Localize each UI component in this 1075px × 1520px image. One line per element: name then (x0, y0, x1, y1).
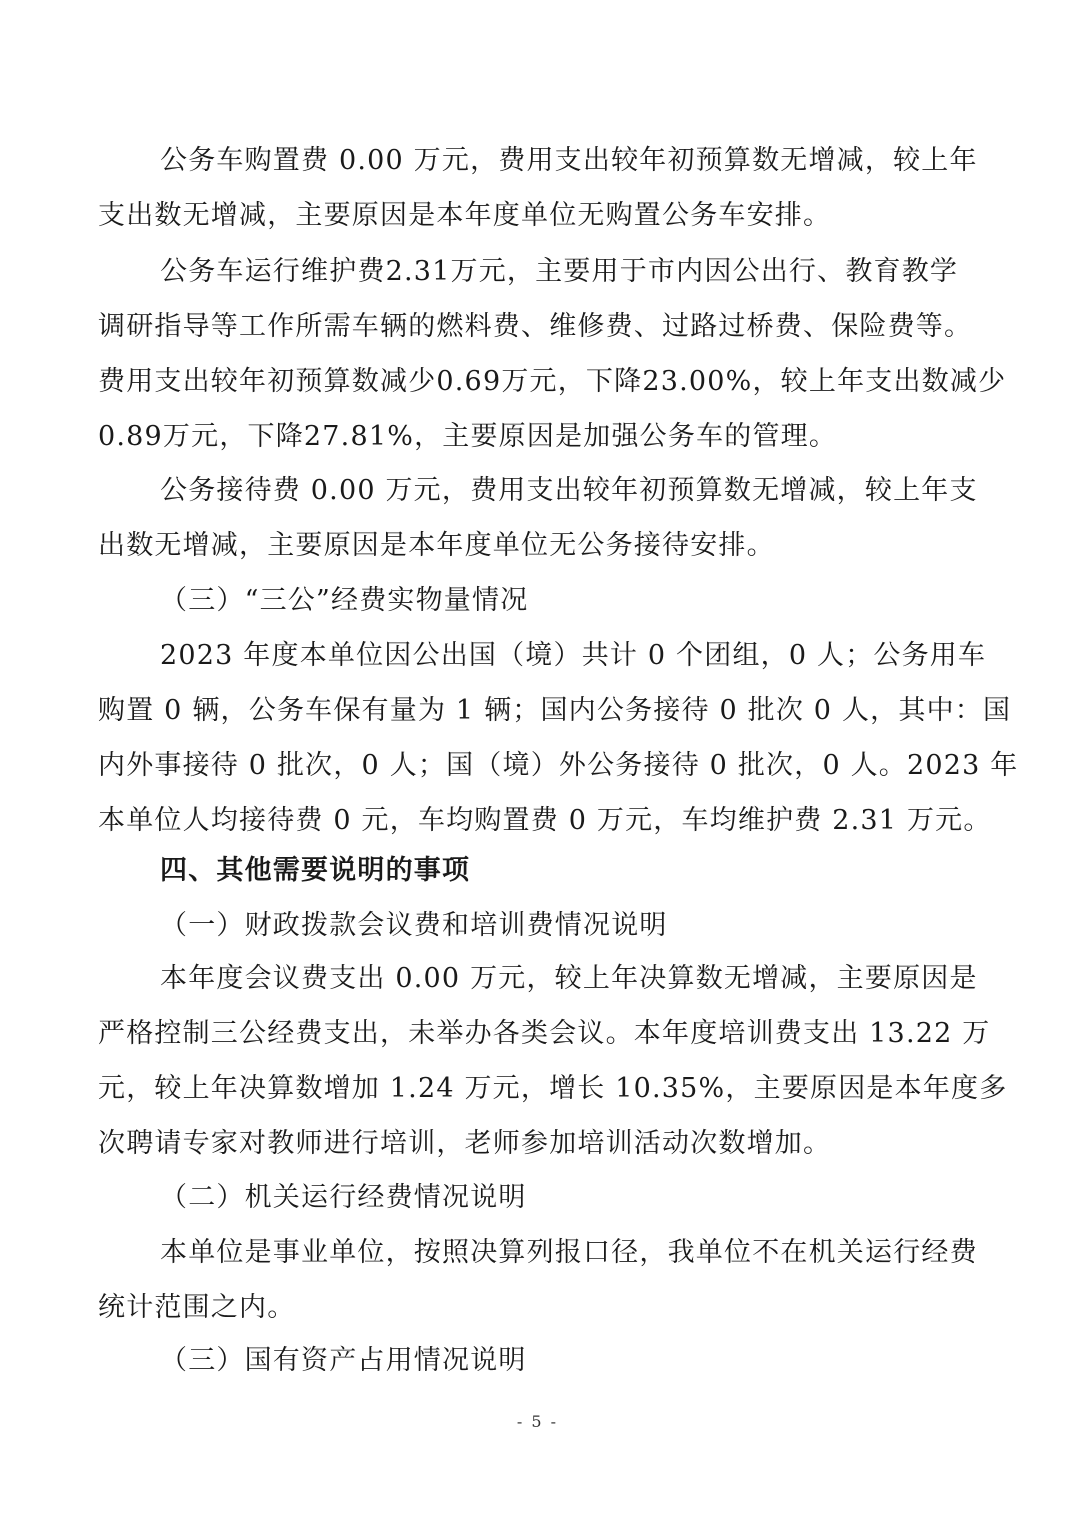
section-heading-meeting-training: （一）财政拨款会议费和培训费情况说明 (160, 910, 1040, 942)
paragraph-vehicle-maintenance-line-3: 费用支出较年初预算数减少0.69万元，下降23.00%，较上年支出数减少 (98, 366, 978, 398)
paragraph-official-reception-line-2: 出数无增减，主要原因是本年度单位无公务接待安排。 (98, 530, 978, 562)
paragraph-physical-quantity-line-3: 内外事接待 0 批次，0 人；国（境）外公务接待 0 批次，0 人。2023 年 (98, 750, 978, 782)
paragraph-meeting-training-line-1: 本年度会议费支出 0.00 万元，较上年决算数无增减，主要原因是 (160, 963, 978, 995)
paragraph-official-reception-line-1: 公务接待费 0.00 万元，费用支出较年初预算数无增减，较上年支 (160, 475, 978, 507)
paragraph-operating-expenses-line-1: 本单位是事业单位，按照决算列报口径，我单位不在机关运行经费 (160, 1237, 978, 1269)
paragraph-operating-expenses-line-2: 统计范围之内。 (98, 1292, 978, 1324)
paragraph-physical-quantity-line-1: 2023 年度本单位因公出国（境）共计 0 个团组，0 人；公务用车 (160, 640, 978, 672)
page-number: - 5 - (0, 1412, 1075, 1431)
section-heading-state-assets: （三）国有资产占用情况说明 (160, 1345, 1040, 1377)
paragraph-vehicle-purchase-line-2: 支出数无增减，主要原因是本年度单位无购置公务车安排。 (98, 200, 978, 232)
paragraph-vehicle-maintenance-line-1: 公务车运行维护费2.31万元，主要用于市内因公出行、教育教学 (160, 256, 978, 288)
section-heading-operating-expenses: （二）机关运行经费情况说明 (160, 1182, 1040, 1214)
section-heading-other-matters: 四、其他需要说明的事项 (160, 855, 1040, 887)
paragraph-meeting-training-line-3: 元，较上年决算数增加 1.24 万元，增长 10.35%，主要原因是本年度多 (98, 1073, 978, 1105)
document-page: 公务车购置费 0.00 万元，费用支出较年初预算数无增减，较上年 支出数无增减，… (0, 0, 1075, 1520)
paragraph-physical-quantity-line-4: 本单位人均接待费 0 元，车均购置费 0 万元，车均维护费 2.31 万元。 (98, 805, 978, 837)
paragraph-vehicle-maintenance-line-2: 调研指导等工作所需车辆的燃料费、维修费、过路过桥费、保险费等。 (98, 311, 978, 343)
section-heading-three-public-expenses: （三）“三公”经费实物量情况 (160, 585, 1040, 617)
paragraph-physical-quantity-line-2: 购置 0 辆，公务车保有量为 1 辆；国内公务接待 0 批次 0 人，其中：国 (98, 695, 978, 727)
paragraph-vehicle-maintenance-line-4: 0.89万元，下降27.81%，主要原因是加强公务车的管理。 (98, 421, 978, 453)
paragraph-meeting-training-line-4: 次聘请专家对教师进行培训，老师参加培训活动次数增加。 (98, 1128, 978, 1160)
paragraph-meeting-training-line-2: 严格控制三公经费支出，未举办各类会议。本年度培训费支出 13.22 万 (98, 1018, 978, 1050)
paragraph-vehicle-purchase-line-1: 公务车购置费 0.00 万元，费用支出较年初预算数无增减，较上年 (160, 145, 978, 177)
